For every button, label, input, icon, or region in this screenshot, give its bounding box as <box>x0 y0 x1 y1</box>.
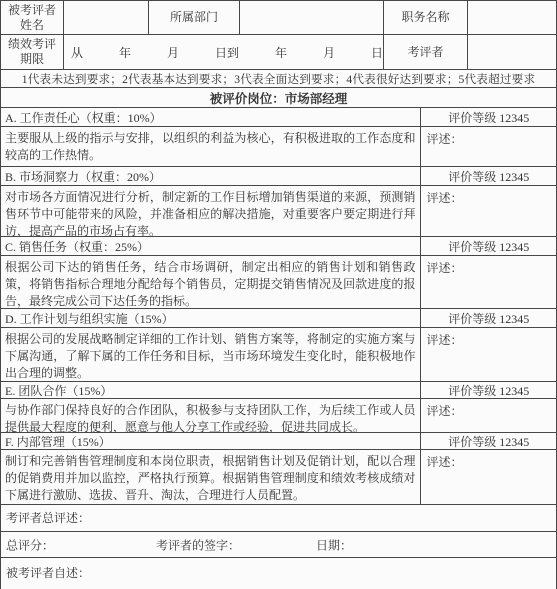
department-label: 所属部门 <box>149 1 240 34</box>
section-f-rating[interactable]: 评价等级 12345 <box>421 433 556 449</box>
section-d-description: 根据公司的发展战略制定详细的工作计划、销售方案等，将制定的实施方案与下属沟通，了… <box>5 331 415 381</box>
section-a-comment-field[interactable]: 评述： <box>421 127 556 166</box>
section-d-body: 根据公司的发展战略制定详细的工作计划、销售方案等，将制定的实施方案与下属沟通，了… <box>1 328 556 382</box>
self-statement-field[interactable]: 被考评者自述： <box>1 558 556 589</box>
section-d-rating[interactable]: 评价等级 12345 <box>421 309 556 327</box>
section-b-description: 对市场各方面情况进行分析，制定新的工作目标增加销售渠道的来源，预测销售环节中可能… <box>5 189 415 236</box>
section-e-rating[interactable]: 评价等级 12345 <box>421 382 556 398</box>
section-c-body: 根据公司下达的销售任务，结合市场调研，制定出相应的销售计划和销售政策，将销售指标… <box>1 256 556 309</box>
score-signature-row: 总评分： 考评者的签字： 日期： <box>1 532 556 558</box>
section-f-body: 制订和完善销售管理制度和本岗位职责，根据销售计划及促销计划，配以合理的促销费用并… <box>1 450 556 505</box>
total-score-field[interactable]: 总评分： <box>6 536 54 553</box>
date-field[interactable]: 日期： <box>316 536 352 553</box>
section-d-title: D. 工作计划与组织实施（15%） <box>1 309 421 327</box>
overall-comment-field[interactable]: 考评者总评述： <box>1 505 556 532</box>
section-e-description: 与协作部门保持良好的合作团队，积极参与支持团队工作，为后续工作或人员提供最大程度… <box>5 402 415 432</box>
job-title-field[interactable] <box>468 1 556 34</box>
section-e-header: E. 团队合作（15%） 评价等级 12345 <box>1 382 556 399</box>
section-b-rating[interactable]: 评价等级 12345 <box>421 167 556 185</box>
section-b-header: B. 市场洞察力（权重：20%） 评价等级 12345 <box>1 167 556 186</box>
assessor-field[interactable] <box>468 35 556 69</box>
section-e-title: E. 团队合作（15%） <box>1 382 421 398</box>
header-row-period: 绩效考评 期限 从 年 月 日到 年 月 日 考评者 <box>1 35 556 70</box>
section-b-comment-field[interactable]: 评述： <box>421 186 556 236</box>
section-c-title: C. 销售任务（权重：25%） <box>1 237 421 255</box>
section-e-comment-field[interactable]: 评述： <box>421 399 556 432</box>
appraisee-name-field[interactable] <box>64 1 149 34</box>
section-f-description: 制订和完善销售管理制度和本岗位职责，根据销售计划及促销计划，配以合理的促销费用并… <box>5 453 415 504</box>
section-c-comment-field[interactable]: 评述： <box>421 256 556 308</box>
section-a-header: A. 工作责任心（权重：10%） 评价等级 12345 <box>1 108 556 127</box>
position-banner: 被评价岗位：市场部经理 <box>1 88 556 108</box>
section-d-comment-field[interactable]: 评述： <box>421 328 556 381</box>
section-c-description: 根据公司下达的销售任务，结合市场调研，制定出相应的销售计划和销售政策，将销售指标… <box>5 259 415 308</box>
section-d-header: D. 工作计划与组织实施（15%） 评价等级 12345 <box>1 309 556 328</box>
job-title-label: 职务名称 <box>384 1 468 34</box>
department-field[interactable] <box>240 1 384 34</box>
section-a-rating[interactable]: 评价等级 12345 <box>421 108 556 126</box>
section-a-body: 主要服从上级的指示与安排，以组织的利益为核心，有积极进取的工作态度和较高的工作热… <box>1 127 556 167</box>
section-f-comment-field[interactable]: 评述： <box>421 450 556 504</box>
appraisal-period-field[interactable]: 从 年 月 日到 年 月 日 <box>64 35 384 69</box>
section-f-title: F. 内部管理（15%） <box>1 433 421 449</box>
section-b-title: B. 市场洞察力（权重：20%） <box>1 167 421 185</box>
section-e-body: 与协作部门保持良好的合作团队，积极参与支持团队工作，为后续工作或人员提供最大程度… <box>1 399 556 433</box>
appraisee-name-label: 被考评者 姓名 <box>1 1 64 34</box>
section-c-rating[interactable]: 评价等级 12345 <box>421 237 556 255</box>
assessor-signature-field[interactable]: 考评者的签字： <box>156 536 240 553</box>
header-row-identity: 被考评者 姓名 所属部门 职务名称 <box>1 1 556 35</box>
appraisal-period-label: 绩效考评 期限 <box>1 35 64 69</box>
performance-appraisal-form: 被考评者 姓名 所属部门 职务名称 绩效考评 期限 从 年 月 日到 年 月 日… <box>0 0 557 589</box>
rating-scale-note: 1代表未达到要求；2代表基本达到要求；3代表全面达到要求；4代表很好达到要求；5… <box>1 70 556 88</box>
section-a-description: 主要服从上级的指示与安排，以组织的利益为核心，有积极进取的工作态度和较高的工作热… <box>5 130 415 164</box>
section-f-header: F. 内部管理（15%） 评价等级 12345 <box>1 433 556 450</box>
section-a-title: A. 工作责任心（权重：10%） <box>1 108 421 126</box>
assessor-label: 考评者 <box>384 35 468 69</box>
section-b-body: 对市场各方面情况进行分析，制定新的工作目标增加销售渠道的来源，预测销售环节中可能… <box>1 186 556 237</box>
section-c-header: C. 销售任务（权重：25%） 评价等级 12345 <box>1 237 556 256</box>
